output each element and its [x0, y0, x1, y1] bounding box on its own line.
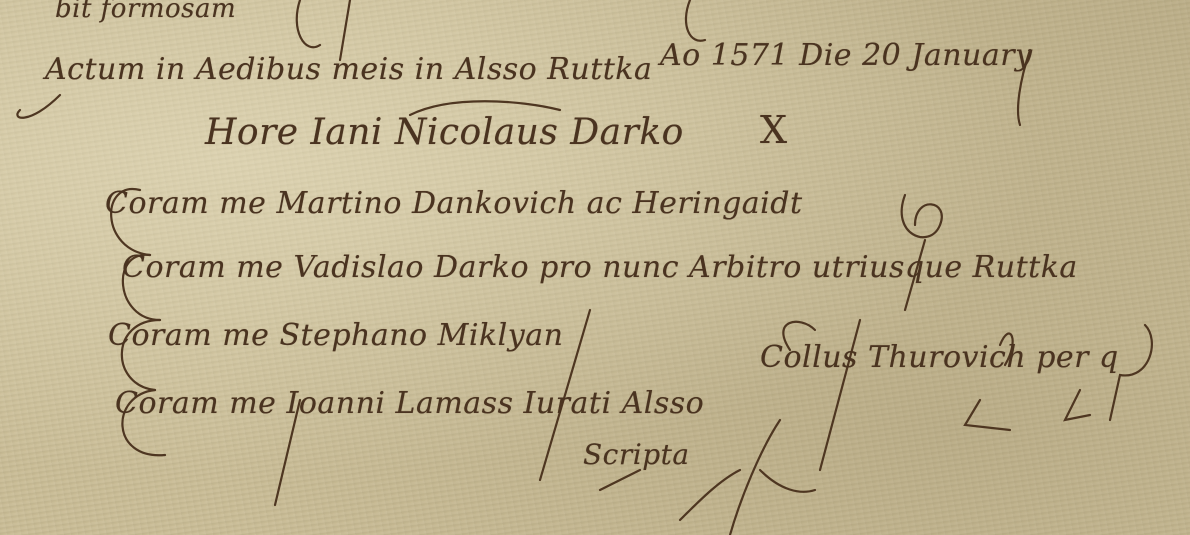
top-fragment-text: bit formosam	[55, 0, 236, 24]
witness-line-4: Coram me Ioanni Lamass Iurati Alsso	[115, 386, 704, 421]
manuscript-page: bit formosam Actum in Aedibus meis in Al…	[0, 0, 1190, 535]
date-line: Ao 1571 Die 20 January	[660, 38, 1033, 73]
cross-mark: X	[760, 108, 788, 152]
witness-line-3: Coram me Stephano Miklyan	[108, 318, 563, 353]
principal-name: Hore Iani Nicolaus Darko	[205, 112, 684, 153]
notary-signature: Collus Thurovich per q	[760, 340, 1119, 375]
witness-line-1: Coram me Martino Dankovich ac Heringaidt	[105, 186, 803, 221]
actum-line: Actum in Aedibus meis in Alsso Ruttka	[45, 52, 652, 87]
witness-line-2: Coram me Vadislao Darko pro nunc Arbitro…	[122, 250, 1078, 285]
scripta-label: Scripta	[583, 438, 690, 471]
